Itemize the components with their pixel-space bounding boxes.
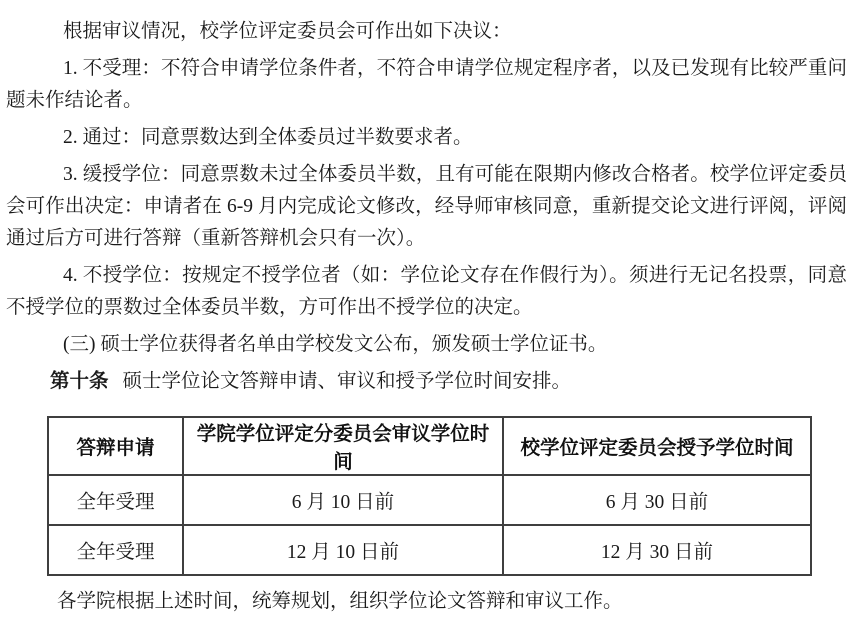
table-row: 全年受理 12 月 10 日前 12 月 30 日前 [48,525,811,575]
degree-schedule-table: 答辩申请 学院学位评定分委员会审议学位时间 校学位评定委员会授予学位时间 全年受… [47,416,812,576]
paragraph-section-3-announcement: (三) 硕士学位获得者名单由学校发文公布，颁发硕士学位证书。 [6,329,847,361]
table-header-row: 答辩申请 学院学位评定分委员会审议学位时间 校学位评定委员会授予学位时间 [48,417,811,475]
paragraph-item-2-passed: 2. 通过：同意票数达到全体委员过半数要求者。 [6,122,847,154]
paragraph-footer-note: 各学院根据上述时间，统筹规划，组织学位论文答辩和审议工作。 [6,586,847,618]
article-10-text: 硕士学位论文答辩申请、审议和授予学位时间安排。 [123,371,572,392]
header-college-review-time: 学院学位评定分委员会审议学位时间 [183,417,503,475]
paragraph-item-4-no-degree: 4. 不授学位：按规定不授学位者（如：学位论文存在作假行为）。须进行无记名投票，… [6,260,847,324]
cell-row2-application: 全年受理 [48,525,183,575]
cell-row1-application: 全年受理 [48,475,183,525]
paragraph-item-3-deferred-degree: 3. 缓授学位：同意票数未过全体委员半数，且有可能在限期内修改合格者。校学位评定… [6,159,847,255]
article-10-label: 第十条 [50,371,109,392]
cell-row2-college-time: 12 月 10 日前 [183,525,503,575]
paragraph-article-10: 第十条硕士学位论文答辩申请、审议和授予学位时间安排。 [6,366,847,398]
table-row: 全年受理 6 月 10 日前 6 月 30 日前 [48,475,811,525]
paragraph-intro: 根据审议情况，校学位评定委员会可作出如下决议： [6,16,847,48]
cell-row1-college-time: 6 月 10 日前 [183,475,503,525]
header-university-award-time: 校学位评定委员会授予学位时间 [503,417,811,475]
cell-row2-university-time: 12 月 30 日前 [503,525,811,575]
cell-row1-university-time: 6 月 30 日前 [503,475,811,525]
header-defense-application: 答辩申请 [48,417,183,475]
paragraph-item-1-not-accepted: 1. 不受理：不符合申请学位条件者，不符合申请学位规定程序者，以及已发现有比较严… [6,53,847,117]
document-page: 根据审议情况，校学位评定委员会可作出如下决议： 1. 不受理：不符合申请学位条件… [0,0,855,635]
